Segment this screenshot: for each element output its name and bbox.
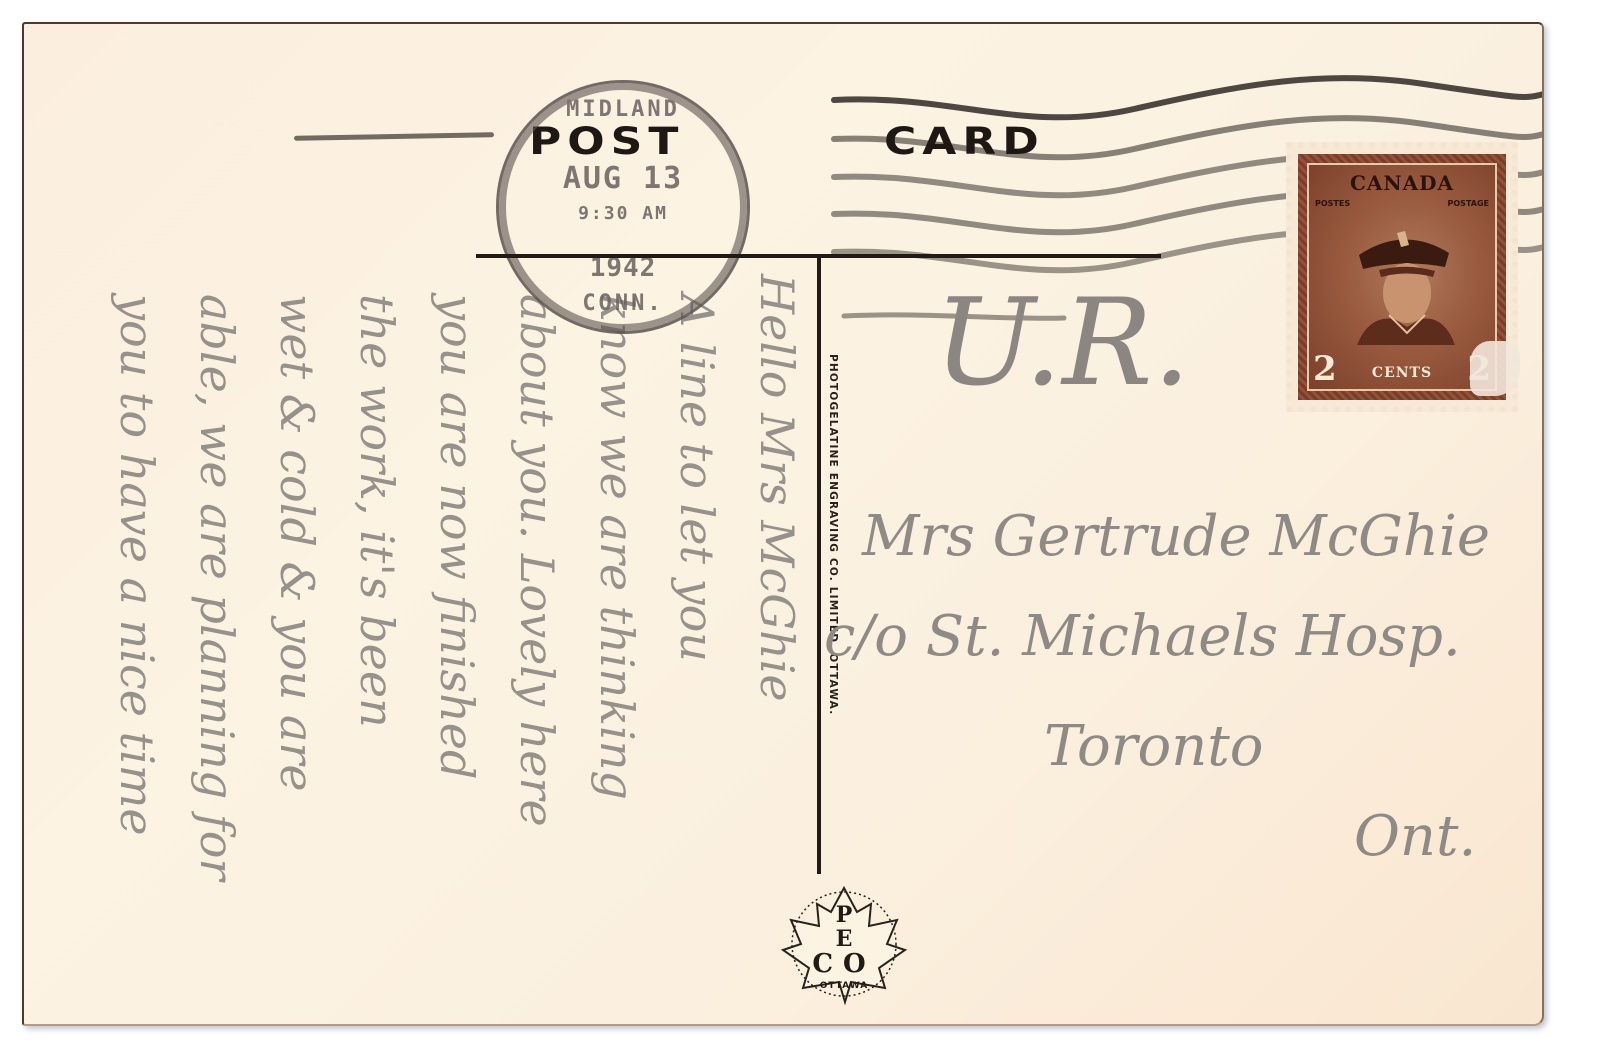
message-line: you to have a nice time xyxy=(110,294,164,836)
stamp-damage xyxy=(1470,341,1520,396)
maple-leaf-icon: P E CO OTTAWA xyxy=(779,884,909,1006)
postage-stamp: CANADA POSTES POSTAGE 2 CENTS 2 xyxy=(1286,142,1518,412)
logo-city: OTTAWA xyxy=(820,981,869,991)
message-line: A line to let you xyxy=(670,294,724,662)
stamp-face: CANADA POSTES POSTAGE 2 CENTS 2 xyxy=(1307,163,1497,391)
stamp-value-number-left: 2 xyxy=(1313,353,1337,385)
message-line: you are now finished xyxy=(430,294,484,779)
postmark-date: AUG 13 xyxy=(499,161,747,196)
message-line: about you. Lovely here xyxy=(510,294,564,827)
logo-letter-p: P xyxy=(836,902,853,928)
address-divider-vertical xyxy=(817,254,821,874)
message-line: able, we are planning for xyxy=(190,294,244,880)
postcard-back: Hello Mrs McGhieA line to let youknow we… xyxy=(22,22,1544,1026)
postmark-town: MIDLAND xyxy=(499,97,747,122)
postmark-time: 9:30 AM xyxy=(499,203,747,224)
king-portrait-icon xyxy=(1349,215,1459,345)
handwritten-initials: U.R. xyxy=(934,274,1191,413)
stamp-country: CANADA xyxy=(1309,171,1495,195)
postmark-state: CONN. xyxy=(499,291,747,316)
card-heading: CARD xyxy=(884,120,1045,163)
stamp-value-unit: CENTS xyxy=(1372,365,1432,385)
address-province: Ont. xyxy=(1354,804,1476,869)
stamp-label-postes: POSTES xyxy=(1315,199,1350,208)
logo-letters-co: CO xyxy=(812,949,875,979)
stamp-label-postage: POSTAGE xyxy=(1448,199,1489,208)
postmark: MIDLAND AUG 13 9:30 AM 1942 CONN. xyxy=(496,80,750,334)
message-line: know we are thinking xyxy=(590,294,644,800)
message-line: the work, it's been xyxy=(350,294,404,728)
address-city: Toronto xyxy=(1044,714,1264,779)
message-line: Hello Mrs McGhie xyxy=(750,274,804,702)
address-institution: c/o St. Michaels Hosp. xyxy=(824,604,1461,669)
ink-smudge xyxy=(294,132,494,140)
message-line: wet & cold & you are xyxy=(270,294,324,792)
stamp-value: 2 CENTS 2 xyxy=(1309,353,1495,385)
address-recipient: Mrs Gertrude McGhie xyxy=(862,504,1490,569)
